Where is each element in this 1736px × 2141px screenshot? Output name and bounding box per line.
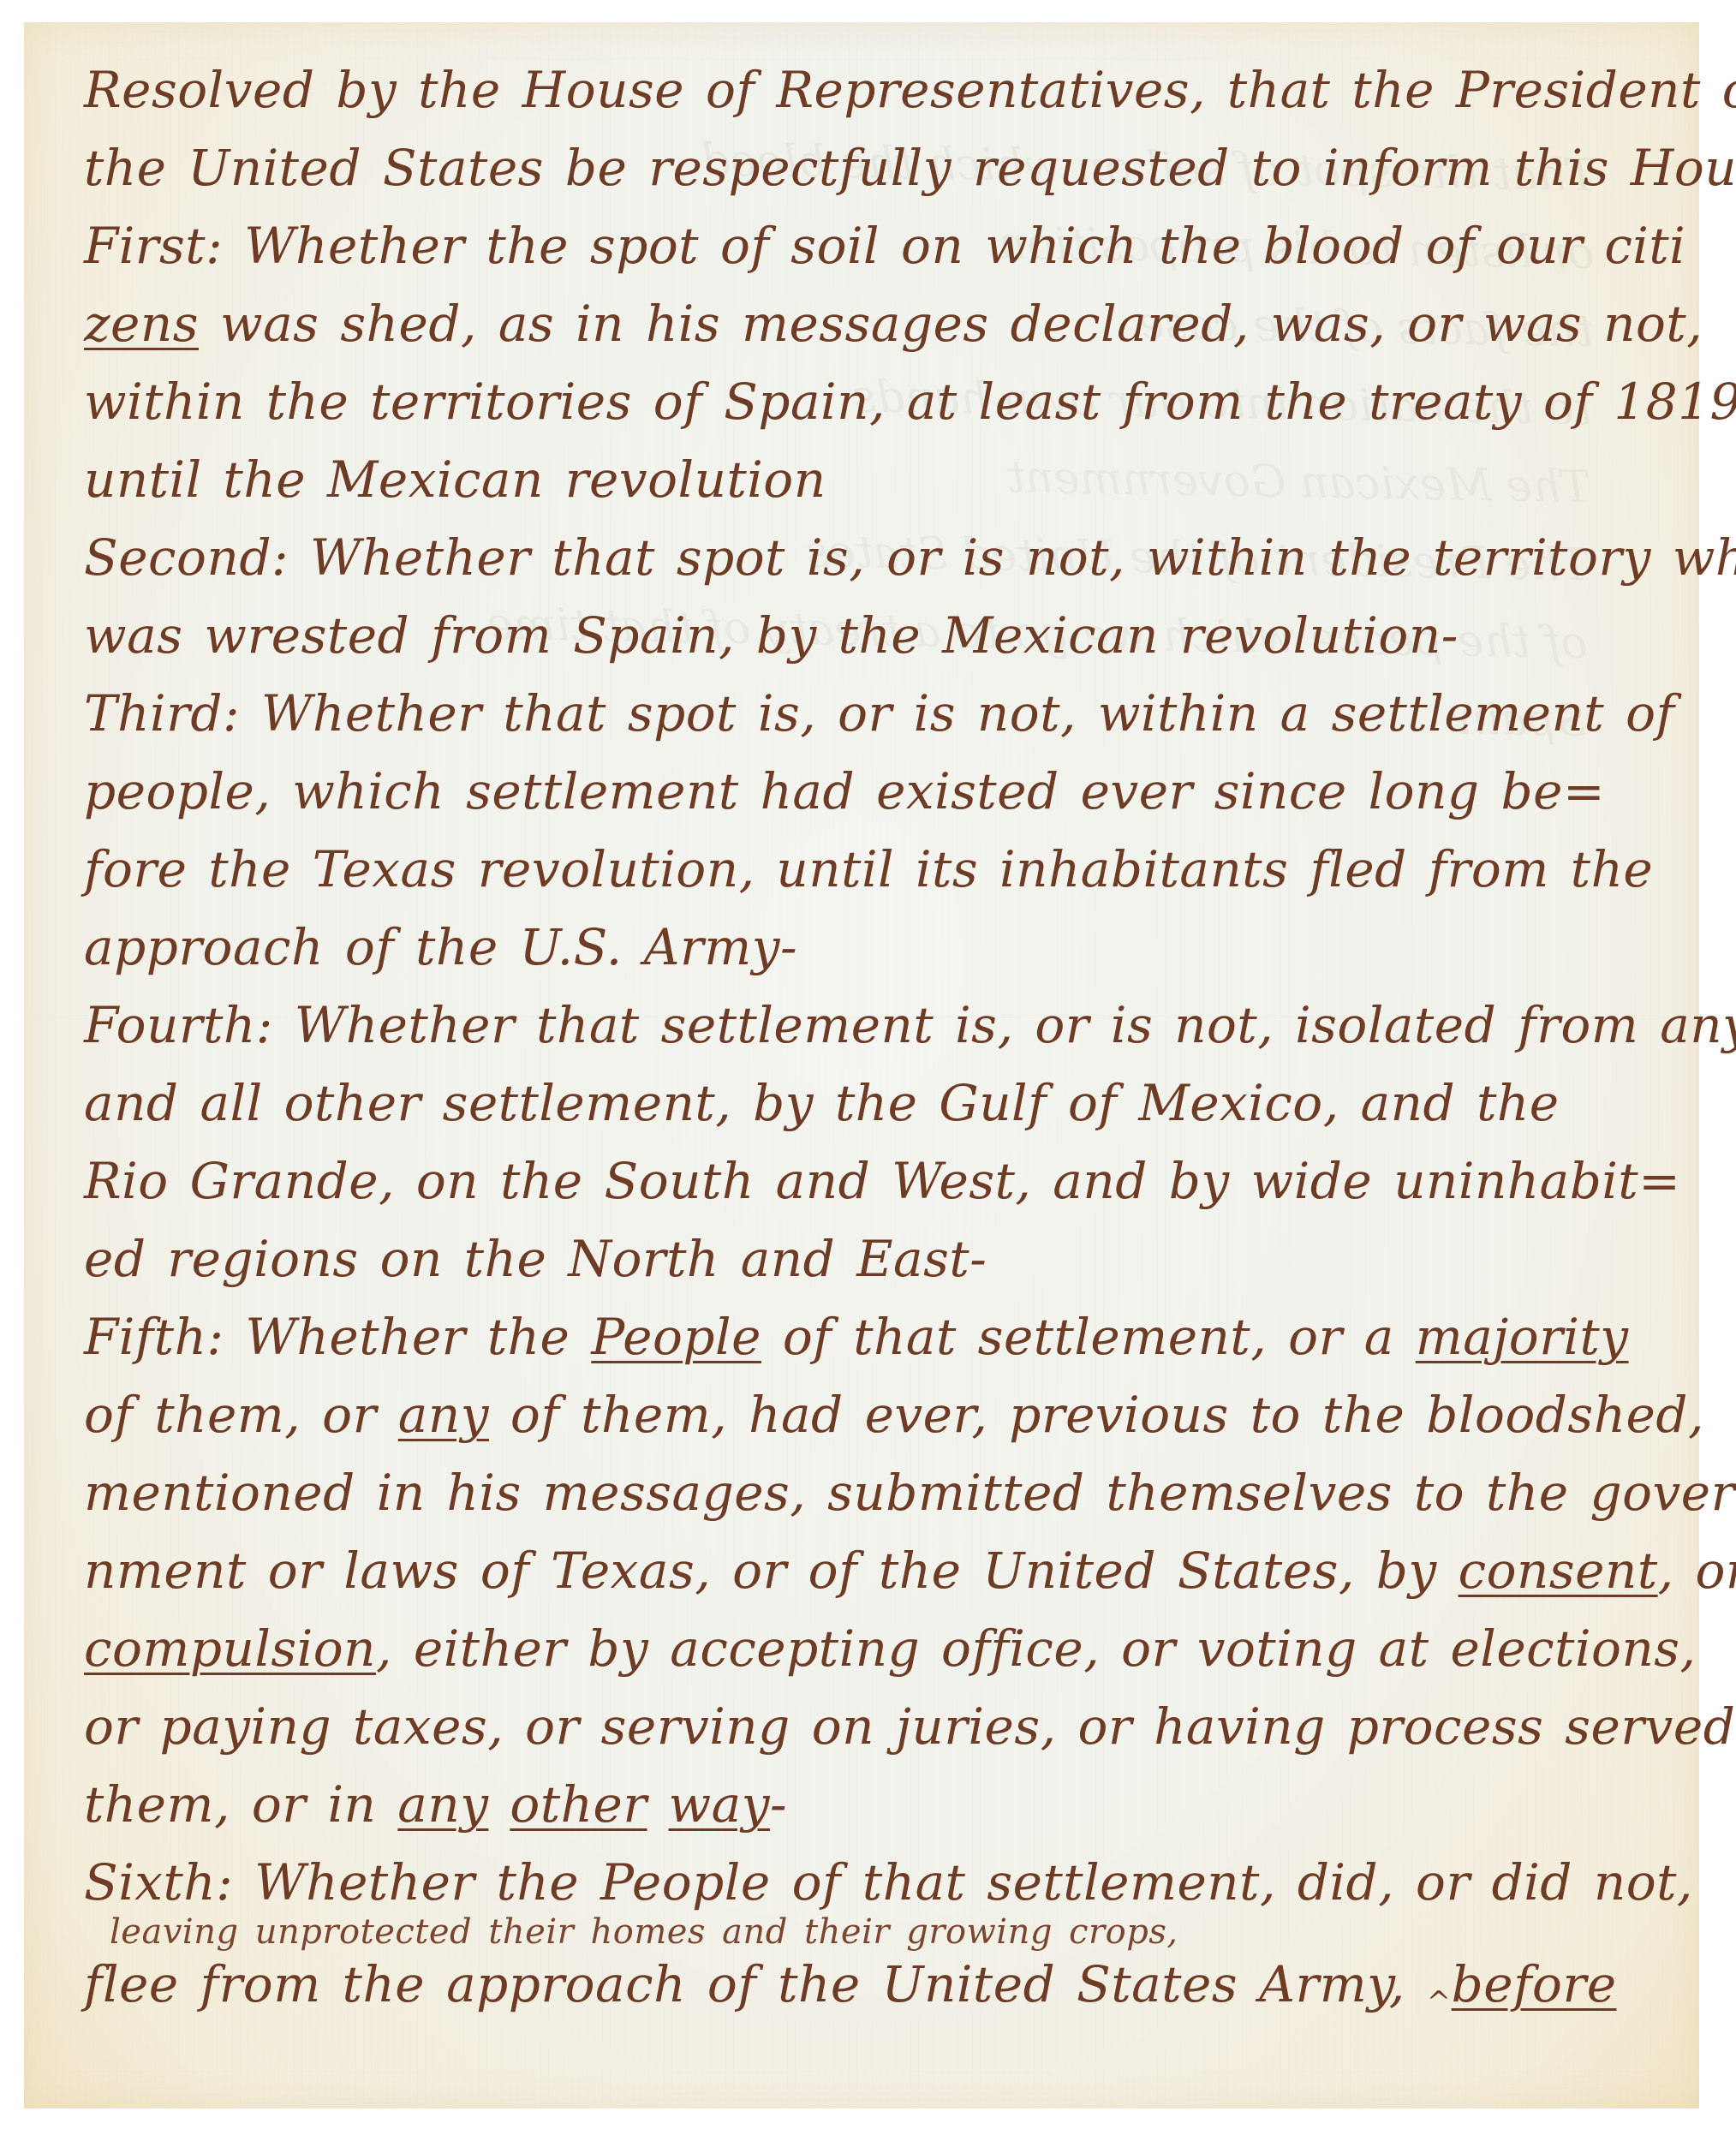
line-text — [488, 1775, 510, 1834]
manuscript-line-20: nment or laws of Texas, or of the United… — [84, 1532, 1736, 1610]
line-text: , either by accepting office, or voting … — [376, 1619, 1696, 1678]
manuscript-line-6: until the Mexican revolution — [84, 441, 826, 519]
manuscript-line-7: Second: Whether that spot is, or is not,… — [84, 519, 1736, 597]
line-text — [647, 1775, 669, 1834]
line-text: approach of the U.S. Army- — [84, 918, 797, 976]
line-text: of them, or — [84, 1386, 398, 1444]
line-text: fore the Texas revolution, until its inh… — [84, 840, 1653, 898]
underlined-word: any — [397, 1775, 488, 1834]
manuscript-line-15: Rio Grande, on the South and West, and b… — [84, 1142, 1680, 1220]
line-text: and all other settlement, by the Gulf of… — [84, 1074, 1560, 1132]
line-text: them, or in — [84, 1775, 397, 1834]
manuscript-line-14: and all other settlement, by the Gulf of… — [84, 1065, 1560, 1142]
line-text: Fifth: Whether the — [84, 1308, 591, 1366]
underlined-word: before — [1452, 1955, 1617, 2013]
line-text: or paying taxes, or serving on juries, o… — [84, 1697, 1736, 1756]
line-text: flee from the approach of the United Sta… — [84, 1955, 1427, 2013]
line-text: - — [770, 1775, 787, 1834]
underlined-word: People — [591, 1308, 761, 1366]
manuscript-line-19: mentioned in his messages, submitted the… — [84, 1454, 1735, 1532]
underlined-word: compulsion — [84, 1619, 376, 1678]
line-text: nment or laws of Texas, or of the United… — [84, 1542, 1459, 1600]
manuscript-line-17: Fifth: Whether the People of that settle… — [84, 1298, 1629, 1376]
line-text: mentioned in his messages, submitted the… — [84, 1464, 1735, 1522]
manuscript-line-21: compulsion, either by accepting office, … — [84, 1610, 1697, 1688]
manuscript-line-12: approach of the U.S. Army- — [84, 909, 797, 987]
insertion-caret-icon: ^ — [1427, 1985, 1452, 2019]
underlined-word: majority — [1416, 1308, 1629, 1366]
manuscript-line-5: within the territories of Spain, at leas… — [84, 363, 1736, 441]
manuscript-line-24: Sixth: Whether the People of that settle… — [84, 1844, 1693, 1922]
interlinear-insertion: leaving unprotected their homes and thei… — [110, 1915, 1178, 1949]
line-text: was wrested from Spain, by the Mexican r… — [84, 606, 1459, 665]
line-text: within the territories of Spain, at leas… — [84, 373, 1736, 431]
line-text: of them, had ever, previous to the blood… — [489, 1386, 1704, 1444]
underlined-word: consent — [1459, 1542, 1658, 1600]
line-text: the United States be respectfully reques… — [84, 139, 1736, 197]
manuscript-line-3: First: Whether the spot of soil on which… — [84, 207, 1685, 285]
line-text: Sixth: Whether the People of that settle… — [84, 1853, 1693, 1911]
line-text: First: Whether the spot of soil on which… — [84, 217, 1685, 275]
manuscript-line-16: ed regions on the North and East- — [84, 1220, 987, 1298]
manuscript-line-4: zens was shed, as in his messages declar… — [84, 285, 1703, 363]
underlined-word: any — [398, 1386, 489, 1444]
manuscript-line-10: people, which settlement had existed eve… — [84, 753, 1605, 831]
manuscript-line-13: Fourth: Whether that settlement is, or i… — [84, 987, 1736, 1065]
line-text: ed regions on the North and East- — [84, 1230, 987, 1288]
manuscript-line-8: was wrested from Spain, by the Mexican r… — [84, 597, 1459, 675]
line-text: Second: Whether that spot is, or is not,… — [84, 528, 1736, 587]
line-text: until the Mexican revolution — [84, 450, 826, 509]
manuscript-line-2: the United States be respectfully reques… — [84, 129, 1736, 207]
underlined-word: zens — [84, 295, 199, 353]
line-text: , or by — [1658, 1542, 1736, 1600]
manuscript-line-23: them, or in any other way- — [84, 1766, 787, 1844]
line-text: Rio Grande, on the South and West, and b… — [84, 1152, 1680, 1210]
manuscript-line-9: Third: Whether that spot is, or is not, … — [84, 675, 1674, 753]
line-text: of that settlement, or a — [761, 1308, 1416, 1366]
manuscript-line-18: of them, or any of them, had ever, previ… — [84, 1376, 1704, 1454]
line-text: was shed, as in his messages declared, w… — [199, 295, 1703, 353]
line-text: Third: Whether that spot is, or is not, … — [84, 684, 1674, 742]
manuscript-line-22: or paying taxes, or serving on juries, o… — [84, 1688, 1736, 1766]
manuscript-line-11: fore the Texas revolution, until its inh… — [84, 831, 1653, 909]
manuscript-line-25: flee from the approach of the United Sta… — [84, 1946, 1617, 2024]
underlined-word: way — [669, 1775, 771, 1834]
manuscript-line-1: Resolved by the House of Representatives… — [84, 51, 1736, 129]
underlined-word: other — [510, 1775, 647, 1834]
line-text: Fourth: Whether that settlement is, or i… — [84, 996, 1736, 1054]
line-text: people, which settlement had existed eve… — [84, 762, 1605, 820]
line-text: Resolved by the House of Representatives… — [84, 61, 1736, 119]
